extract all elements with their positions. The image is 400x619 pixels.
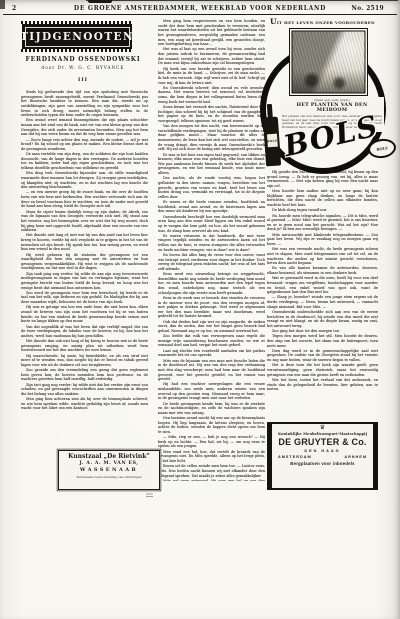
issue-number: No. 2519	[351, 5, 384, 12]
page-number: 2	[12, 5, 16, 12]
body-paragraph: — en een nieuwe groep bij de zware bank,…	[21, 190, 148, 209]
body-paragraph: Hij werd gekozen bij de statuten der gev…	[21, 253, 148, 272]
body-paragraph: Ossendowski onderscheidde zich aan een v…	[267, 310, 378, 329]
kunstzaal-name: Kunstzaal „De Rietvink”	[59, 453, 159, 460]
ornate-initial: U	[270, 17, 277, 26]
body-paragraph: En boven dat alles hing de vrees voor de…	[158, 253, 265, 272]
body-paragraph: Den laatsten avond mocht hij een uur op …	[158, 416, 265, 435]
gruyter-city-right: ARNHEM	[344, 455, 367, 459]
crown-icon: ♛	[272, 425, 373, 432]
body-paragraph: Eén ding trok Ossendowski bijzonder aan:…	[21, 171, 148, 190]
body-paragraph: Nu hoorde men telegrafische signalen. — …	[267, 214, 378, 233]
body-paragraph: Het was al laat op een avond toen hij ee…	[158, 47, 265, 66]
body-paragraph: Hij was er getuige van hoe een oude boer…	[21, 305, 148, 324]
gruyter-city-left: AMSTERDAM	[278, 455, 312, 459]
section-banner-tijdgenooten: TIJDGENOOTEN	[22, 24, 132, 49]
body-paragraph: Men ging hem respecteeren en van hem hou…	[158, 19, 265, 47]
scan-edge-line	[86, 0, 398, 1]
gruyter-tagline: Bergplaatsen voor inboedels	[272, 461, 373, 466]
article-byline: door Dr. W. G. C. BYVANCK	[18, 65, 148, 70]
body-paragraph: Zijn tact ging nog verder: hij wilde nie…	[21, 383, 148, 397]
body-paragraph: Het was een vreemde nacht; de heele geva…	[267, 247, 378, 266]
bols-advertisement: UIT HET LEVEN ONZER VOOROUDEREN (Naar ee…	[258, 16, 396, 168]
article-part-number: III	[18, 77, 148, 83]
body-paragraph: Er was in het huis een eigen taal gegroe…	[158, 153, 265, 176]
body-paragraph: Zoo werd de gevangenis voor hem een leer…	[21, 291, 148, 305]
body-paragraph: Dien dag werd er in de gemeenschappelijk…	[267, 349, 378, 363]
body-paragraph: Eens werd een nieuweling betrapt en wegg…	[158, 272, 265, 295]
body-paragraph: De heele gevangenis kende hem; hij was e…	[158, 402, 265, 416]
body-paragraph: Ook dat deelen had zijn wet en zijn rang…	[158, 320, 265, 334]
body-paragraph: Maar de cipier kwam dadelijk terug op zi…	[21, 210, 148, 233]
de-gruyter-advertisement: ♛ Koninklijke Meubeltransport-Maatschapp…	[267, 422, 378, 490]
body-paragraph: Men vond een bal; hoe, dat vertelt de kr…	[158, 450, 265, 464]
body-paragraph: Van den morgen tot den nacht, van boeven…	[158, 124, 265, 152]
body-paragraph: Wat er gewisseld werd in die uren, heeft…	[267, 276, 378, 295]
body-paragraph: — Zoo'n lange reis achter den rug, meend…	[21, 138, 148, 152]
bottle-label: BOLS	[266, 134, 277, 148]
body-paragraph: Hij waarschuwde, hij suste, hij bemiddel…	[21, 354, 148, 368]
body-paragraph: Mits antwoordde met klinkende telegraaft…	[267, 233, 378, 247]
body-paragraph: De klok sloeg tegen twaalf uur.	[267, 208, 378, 213]
gruyter-city-main: DEN HAAG	[272, 449, 373, 453]
meiboom-engraving-illustration	[289, 28, 368, 96]
body-paragraph: Men ging hem achterna zien als hij over …	[21, 397, 148, 411]
header-rule	[3, 14, 397, 15]
kunstzaal-owner: J. A. A. M. VAN ES,	[59, 461, 159, 466]
body-paragraph: Des nachts, als de ronde voorbij was, be…	[158, 176, 265, 199]
newspaper-page: 2 DE GROENE AMSTERDAMMER, WEEKBLAD VOOR …	[0, 0, 400, 619]
body-paragraph: — Mits, riep er een, — heb je nog een we…	[158, 435, 265, 449]
body-paragraph: — Slaap je, broeder? seinde een jonge st…	[267, 295, 378, 309]
body-paragraph: Een avond werd iemand binnengelaten die …	[21, 118, 148, 137]
body-paragraph: Boven uit de cellen seinde men hem toe: …	[158, 464, 265, 478]
body-paragraph: Wie het leest, toetse het verhaal van da…	[267, 378, 378, 392]
scan-ink-blob	[88, 0, 112, 3]
article-column-1: Sinds hij gedurende den tijd van zijn op…	[21, 90, 148, 447]
kunstzaal-advertisement: Kunstzaal „De Rietvink” J. A. A. M. VAN …	[58, 450, 160, 490]
article-column-2: Men ging hem respecteeren en van hem hou…	[158, 19, 265, 481]
body-paragraph: De man vertelde van zijn dorp, van de so…	[21, 152, 148, 171]
kunstzaal-city: WASSENAAR	[59, 467, 159, 473]
body-paragraph: Men hoorde hem nadien niet op en neer ga…	[267, 189, 378, 208]
gruyter-company-type: Koninklijke Meubeltransport-Maatschappij	[272, 432, 373, 436]
body-paragraph: Ossendowski beschrijft hoe een doodelijk…	[158, 215, 265, 234]
body-paragraph: En van alle kanten kwamen de antwoorden,…	[267, 266, 378, 275]
body-paragraph: Het duurde niet lang of, met wat hij van…	[21, 233, 148, 252]
gruyter-company-name: DE GRUYTER & Co.	[272, 437, 373, 447]
body-paragraph: Zijn taak ging nog verder: hij wilde de …	[21, 272, 148, 291]
print-artifact	[146, 492, 153, 497]
body-paragraph: Zoo leefde dat volk van verworpenen naar…	[158, 334, 265, 348]
body-paragraph: Er waren virtuozen in dat handwerk, die …	[158, 234, 265, 253]
masthead-title: DE GROENE AMSTERDAMMER, WEEKBLAD VOOR NE…	[60, 5, 340, 12]
body-paragraph: Er waren er die heele romans seinden, ho…	[158, 200, 265, 214]
body-paragraph: Het duurde dan ook niet lang of hij kree…	[21, 339, 148, 353]
scan-corner-speck	[0, 0, 5, 9]
body-paragraph: Soms kwam het verzoek des nachts, fluist…	[158, 105, 265, 124]
body-paragraph: Van dat oogenblik af was het leven dat z…	[21, 325, 148, 339]
body-paragraph: Tegen den morgen werd het stil. Men hoor…	[267, 334, 378, 348]
body-paragraph: Sinds hij gedurende den tijd van zijn op…	[21, 90, 148, 118]
body-paragraph: En Ossendowski schreef; dien avond en ve…	[158, 86, 265, 105]
body-paragraph: Mits gaf geen antwoord. Hij nam een bal …	[158, 479, 265, 481]
body-paragraph: Hij had een wachter neergeslagen die een…	[158, 382, 265, 401]
section-banner-label: TIJDGENOOTEN	[20, 30, 134, 43]
article-title: FERDINAND OSSENDOWSKI	[18, 56, 148, 63]
body-paragraph: Mits was de bijnaam van een man met fors…	[158, 359, 265, 382]
kunstzaal-tagline: Permanente tentoonstelling van schilderi…	[59, 475, 159, 479]
body-paragraph: Zoo groeide om den vreemdeling een gezag…	[21, 368, 148, 382]
body-paragraph: Hij keek om: een breede gestalte in een …	[158, 67, 265, 86]
bols-series-title: UIT HET LEVEN ONZER VOOROUDEREN	[270, 17, 392, 26]
body-paragraph: Het is deze toon die het boek zijn waard…	[267, 363, 378, 377]
article-column-3: Hij gooide den bal zoo hoog hij vermocht…	[267, 170, 378, 414]
body-paragraph: Laat mij slechts één voorbeeld aanhalen …	[158, 349, 265, 358]
body-paragraph: Eens in de week was er bezoek; dan stond…	[158, 296, 265, 319]
